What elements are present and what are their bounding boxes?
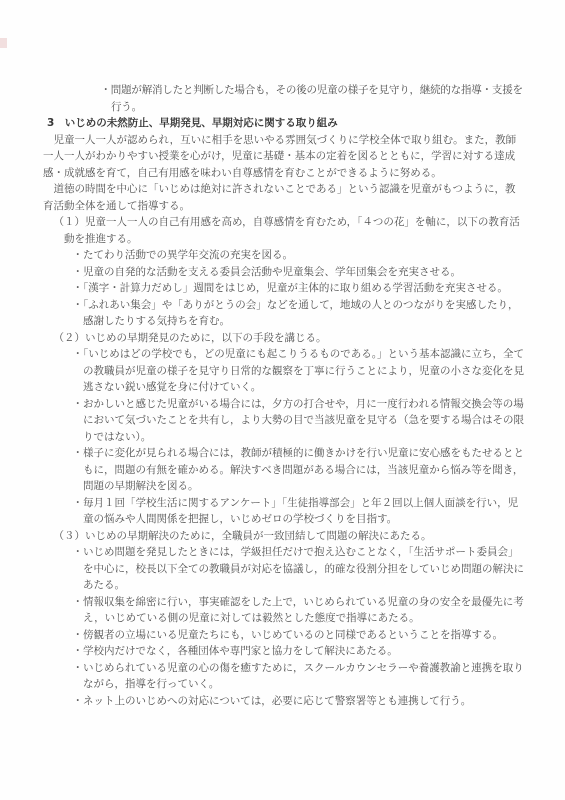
bullet-item: ・児童の自発的な活動を支える委員会活動や児童集会、学年団集会を充実させる。 (43, 264, 525, 281)
bullet-item: ・傍観者の立場にいる児童たちにも，いじめているのと同様であるということを指導する… (43, 627, 525, 644)
bullet-item: ・情報収集を綿密に行い，事実確認をした上で，いじめられている児童の身の安全を最優… (43, 594, 525, 627)
numbered-item-3: （３）いじめの早期解決のために，全職員が一致団結して問題の解決にあたる。 (43, 528, 525, 545)
document-page: ・問題が解消したと判断した場合も，その後の児童の様子を見守り，継続的な指導・支援… (0, 0, 565, 800)
bullet-item: ・様子に変化が見られる場合には，教師が積極的に働きかけを行い児童に安心感をもたせ… (43, 445, 525, 495)
bullet-item: ・「漢字・計算力だめし」週間をはじめ，児童が主体的に取り組める学習活動を充実させ… (43, 280, 525, 297)
bullet-item: ・いじめ問題を発見したときには，学級担任だけで抱え込むことなく，「生活サポート委… (43, 544, 525, 594)
bullet-item: ・ネット上のいじめへの対応については，必要に応じて警察署等とも連携して行う。 (43, 693, 525, 710)
document-body: ・問題が解消したと判断した場合も，その後の児童の様子を見守り，継続的な指導・支援… (43, 82, 525, 709)
intro-paragraph: 児童一人一人が認められ，互いに相手を思いやる雰囲気づくりに学校全体で取り組む。ま… (43, 132, 525, 182)
bullet-item: ・たてわり活動での異学年交流の充実を図る。 (43, 247, 525, 264)
numbered-item-2: （２）いじめの早期発見のために，以下の手段を講じる。 (43, 330, 525, 347)
bullet-item: ・いじめられている児童の心の傷を癒すために，スクールカウンセラーや養護教諭と連携… (43, 660, 525, 693)
bullet-item: ・「ふれあい集会」や「ありがとうの会」などを通して，地域の人とのつながりを実感し… (43, 297, 525, 330)
carryover-bullet-item: ・問題が解消したと判断した場合も，その後の児童の様子を見守り，継続的な指導・支援… (43, 82, 525, 115)
bullet-item: ・「いじめはどの学校でも，どの児童にも起こりうるものである。」という基本認識に立… (43, 346, 525, 396)
bullet-item: ・おかしいと感じた児童がいる場合には，夕方の打合せや，月に一度行われる情報交換会… (43, 396, 525, 446)
numbered-item-1: （１）児童一人一人の自己有用感を高め，自尊感情を育むため，「４つの花」を軸に，以… (43, 214, 525, 247)
bullet-item: ・毎月１回「学校生活に関するアンケート」「生徒指導部会」と年２回以上個人面談を行… (43, 495, 525, 528)
moral-education-paragraph: 道徳の時間を中心に「いじめは絶対に許されないことである」という認識を児童がもつよ… (43, 181, 525, 214)
bullet-item: ・学校内だけでなく，各種団体や専門家と協力をして解決にあたる。 (43, 643, 525, 660)
section-heading: 3 いじめの未然防止、早期発見、早期対応に関する取り組み (43, 115, 525, 132)
scan-artifact (0, 38, 7, 48)
